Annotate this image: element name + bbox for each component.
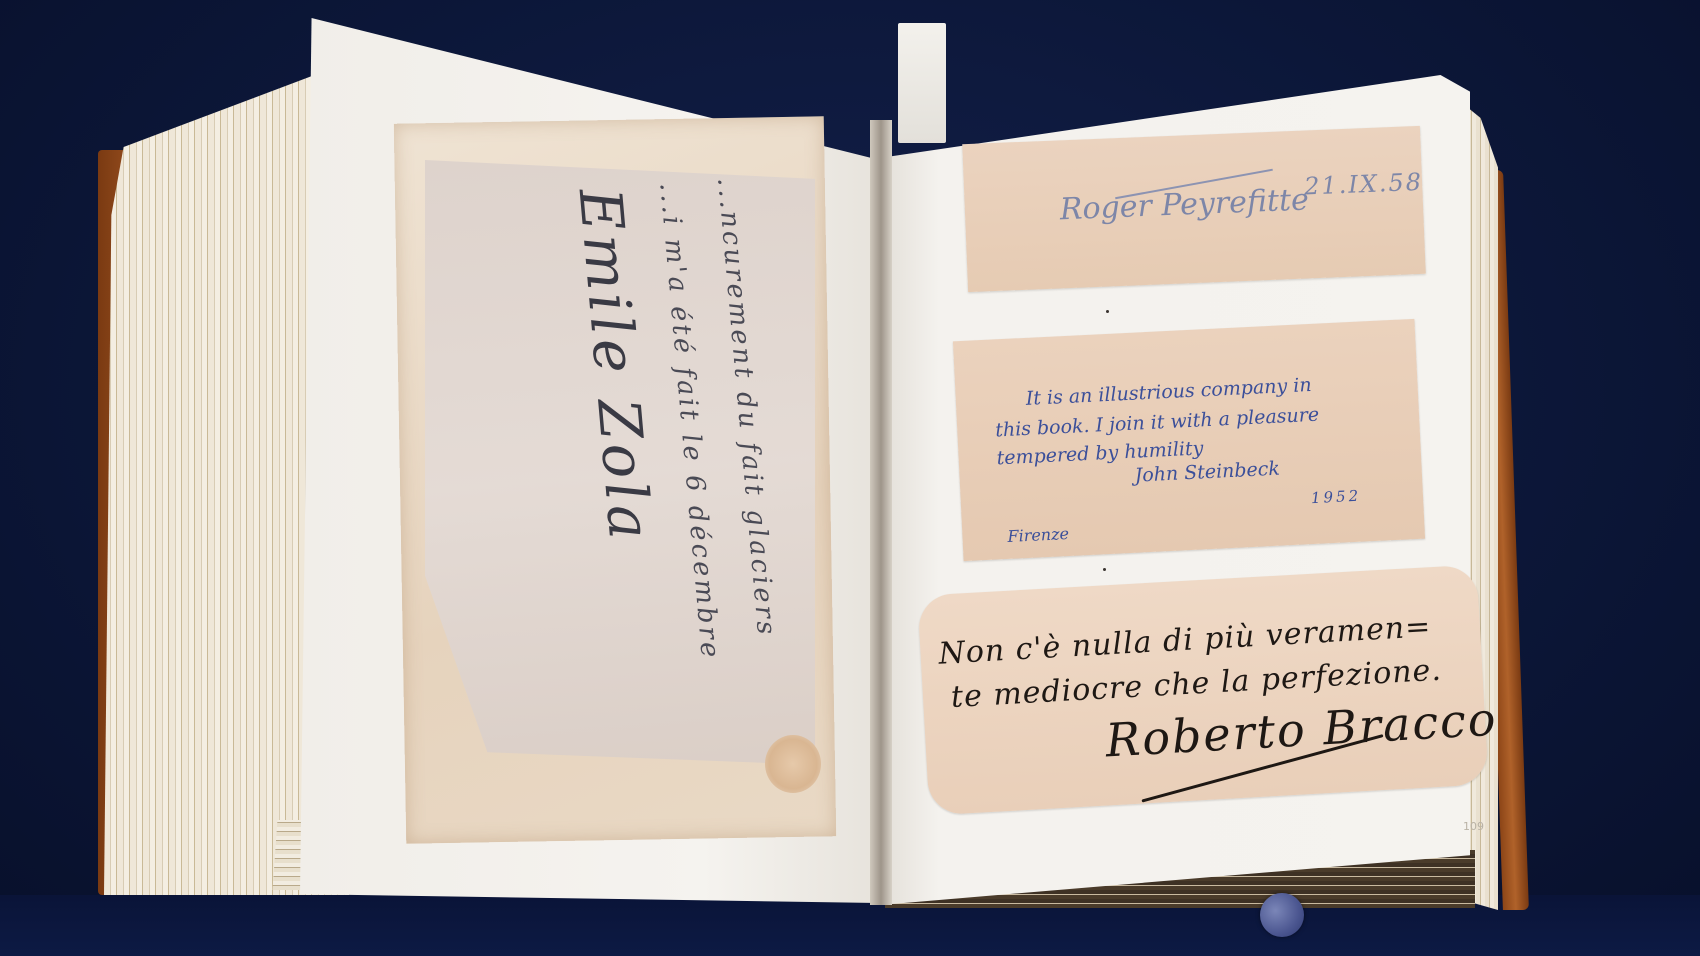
stain-spot (765, 735, 821, 793)
steinbeck-line-1: It is an illustrious company in (1025, 374, 1312, 410)
steinbeck-year: 1952 (1311, 487, 1362, 507)
book-gutter (870, 120, 892, 905)
steinbeck-place: Firenze (1007, 524, 1069, 546)
paper-bookmark (898, 23, 946, 143)
page-mark-dot (1106, 310, 1109, 313)
zola-note-text: ...ncurement du fait glaciers ...i m'a é… (436, 175, 809, 821)
steinbeck-signature: John Steinbeck (1134, 458, 1280, 487)
page-mark-dot (1103, 568, 1106, 571)
clipping-peyrefitte: Roger Peyrefitte 21.IX.58 (962, 126, 1426, 292)
page-number: 109 (1463, 820, 1484, 833)
peyrefitte-date: 21.IX.58 (1304, 168, 1424, 201)
clipping-bracco: Non c'è nulla di più veramen= te mediocr… (917, 565, 1488, 816)
display-stand-disc (1260, 893, 1304, 937)
steinbeck-line-2: this book. I join it with a pleasure (995, 404, 1320, 442)
clipping-steinbeck: It is an illustrious company in this boo… (953, 319, 1425, 561)
peyrefitte-signature: Roger Peyrefitte (1059, 182, 1309, 227)
